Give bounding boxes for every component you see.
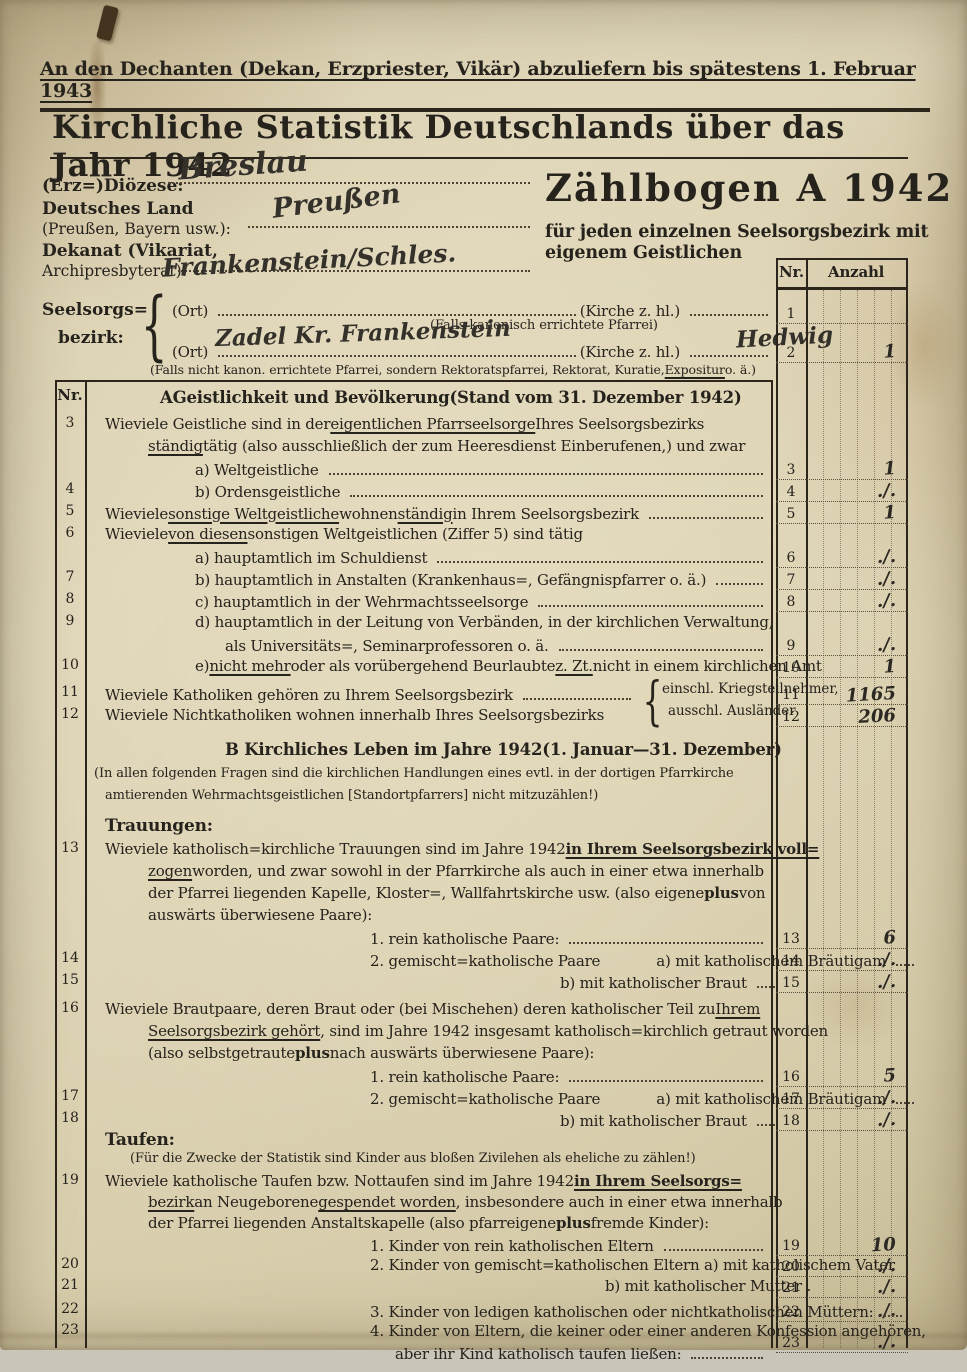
kirche-label: (Kirche z. hl.)	[580, 302, 680, 320]
digit-column-line	[823, 290, 824, 1348]
left-row-number: 23	[55, 1322, 85, 1338]
trauungen-heading: Trauungen:	[105, 816, 213, 836]
q22-line: 3. Kinder von ledigen katholischen oder …	[370, 1301, 767, 1321]
left-nr-column-divider	[85, 380, 87, 1348]
seelsorg-label-1: Seelsorgs=	[42, 300, 148, 320]
kirche-dotted-line	[690, 300, 768, 316]
q12-line: Wieviele Nichtkatholiken wohnen innerhal…	[105, 706, 635, 726]
dot-leader	[757, 1110, 775, 1126]
left-row-number: 9	[55, 613, 85, 629]
left-row-number: 22	[55, 1301, 85, 1317]
ort-label: (Ort)	[172, 302, 208, 320]
row-number: 7	[776, 571, 806, 589]
q19-line2: bezirk an Neugeborene gespendet worden, …	[148, 1193, 767, 1213]
section-b-title: B Kirchliches Leben im Jahre 1942 (1. Ja…	[225, 740, 782, 760]
left-row-number: 10	[55, 657, 85, 673]
q5-line: Wieviele sonstige Weltgeistliche wohnen …	[105, 503, 767, 523]
left-row-number: 5	[55, 503, 85, 519]
row-number: 13	[776, 930, 806, 948]
anzahl-header: Anzahl	[828, 263, 884, 283]
q3-line2: ständig tätig (also ausschließlich der z…	[148, 437, 767, 457]
q11-text: Wieviele Katholiken gehören zu Ihrem See…	[105, 686, 513, 704]
q6-line1: Wieviele von diesen sonstigen Weltgeistl…	[105, 525, 767, 545]
anzahl-table-top-border	[776, 258, 908, 260]
row-number: 8	[776, 593, 806, 611]
rows-11-12-brace: {	[643, 672, 663, 732]
q6a-line: a) hauptamtlich im Schuldienst	[195, 547, 767, 567]
q5-text: Wieviele sonstige Weltgeistliche wohnen …	[105, 505, 639, 523]
q16-line2: Seelsorgsbezirk gehört, sind im Jahre 19…	[148, 1022, 767, 1042]
dot-leader	[538, 591, 763, 607]
anzahl-row: 136	[776, 926, 908, 949]
anzahl-row: 7./.	[776, 567, 908, 590]
q14-line: 2. gemischt=katholische Paarea) mit kath…	[370, 950, 767, 970]
dot-leader	[569, 1066, 763, 1082]
seelsorg-footer-note: (Falls nicht kanon. errichtete Pfarrei, …	[150, 362, 756, 382]
left-row-number: 20	[55, 1256, 85, 1272]
left-row-number: 11	[55, 684, 85, 700]
anzahl-row: 165	[776, 1064, 908, 1087]
brace-note-1: einschl. Kriegsteilnehmer,	[662, 681, 838, 701]
left-row-number: 7	[55, 569, 85, 585]
taufen-heading: Taufen:	[105, 1130, 175, 1150]
dioezese-label: (Erz=)Diözese:	[42, 176, 184, 196]
q19-item1-text: 1. Kinder von rein katholischen Eltern	[370, 1237, 654, 1255]
q16-item1-line: 1. rein katholische Paare:	[370, 1066, 767, 1086]
q9-line1: d) hauptamtlich in der Leitung von Verbä…	[195, 613, 767, 633]
left-row-number: 16	[55, 1000, 85, 1016]
row-value: 206	[806, 707, 909, 728]
delivery-instruction-banner: An den Dechanten (Dekan, Erzpriester, Vi…	[40, 58, 930, 112]
q21-line: b) mit katholischer Mutter .	[605, 1277, 767, 1297]
row-number: 16	[776, 1068, 806, 1086]
zaehlbogen-subtitle-2: eigenem Geistlichen	[545, 243, 742, 263]
anzahl-row: 4./.	[776, 479, 908, 502]
q20-line: 2. Kinder von gemischt=katholischen Elte…	[370, 1256, 767, 1276]
left-row-number: 4	[55, 481, 85, 497]
land-label-1: Deutsches Land	[42, 199, 194, 219]
dot-leader	[649, 503, 763, 519]
q6a-text: a) hauptamtlich im Schuldienst	[195, 549, 427, 567]
zaehlbogen-title: Zählbogen A 1942	[545, 166, 953, 210]
seelsorg-label-2: bezirk:	[58, 328, 124, 348]
dot-leader	[350, 481, 763, 497]
q4-text: b) Ordensgeistliche	[195, 483, 340, 501]
q18-text: b) mit katholischer Braut	[560, 1112, 747, 1130]
q8-text: c) hauptamtlich in der Wehrmachtsseelsor…	[195, 593, 528, 611]
q13-item1-text: 1. rein katholische Paare:	[370, 930, 559, 948]
q15-text: b) mit katholischer Braut	[560, 974, 747, 992]
anzahl-row: 51	[776, 501, 908, 524]
land-dotted-line	[248, 226, 530, 228]
brace-note-2: ausschl. Ausländer	[668, 703, 795, 723]
anzahl-row: 15./.	[776, 970, 908, 993]
anzahl-row: 21	[776, 340, 908, 363]
anzahl-header-rule	[776, 287, 908, 290]
anzahl-row: 1910	[776, 1233, 908, 1256]
row-number: 9	[776, 637, 806, 655]
anzahl-table-right-border	[906, 258, 908, 1348]
anzahl-row: 31	[776, 457, 908, 480]
left-row-number: 17	[55, 1088, 85, 1104]
row-number: 2	[776, 344, 806, 362]
q3-line1: Wieviele Geistliche sind in der eigentli…	[105, 415, 767, 435]
q3a-line: a) Weltgeistliche	[195, 459, 767, 479]
q23-line1: 4. Kinder von Eltern, die keiner oder ei…	[370, 1322, 767, 1342]
dot-leader	[437, 547, 763, 563]
q16-line1: Wieviele Brautpaare, deren Braut oder (b…	[105, 1000, 767, 1020]
q13-line4: auswärts überwiesene Paare):	[148, 906, 767, 926]
q22-text: 3. Kinder von ledigen katholischen oder …	[370, 1303, 874, 1321]
kirche-label: (Kirche z. hl.)	[580, 343, 680, 361]
seelsorg-brace: {	[141, 280, 168, 369]
left-row-number: 19	[55, 1172, 85, 1188]
q16-line3: (also selbstgetraute plus nach auswärts …	[148, 1044, 767, 1064]
q11-line: Wieviele Katholiken gehören zu Ihrem See…	[105, 684, 635, 704]
q8-line: c) hauptamtlich in der Wehrmachtsseelsor…	[195, 591, 767, 611]
anzahl-row: 9./.	[776, 633, 908, 656]
row-number: 4	[776, 483, 806, 501]
q19-item1-line: 1. Kinder von rein katholischen Eltern	[370, 1235, 767, 1255]
q9-line2: als Universitäts=, Seminarprofessoren o.…	[225, 635, 767, 655]
row-number: 6	[776, 549, 806, 567]
q16-item1-text: 1. rein katholische Paare:	[370, 1068, 559, 1086]
dot-leader	[884, 1301, 902, 1317]
anzahl-nr-header: Nr.	[779, 263, 804, 283]
q15-line: b) mit katholischer Braut	[560, 972, 767, 992]
q17-line: 2. gemischt=katholische Paarea) mit kath…	[370, 1088, 767, 1108]
left-row-number: 21	[55, 1277, 85, 1293]
land-label-2: (Preußen, Bayern usw.):	[42, 220, 231, 238]
main-box-top-border	[55, 380, 772, 382]
ort-dotted-line	[218, 300, 576, 316]
q13-line2: zogen worden, und zwar sowohl in der Pfa…	[148, 862, 767, 882]
anzahl-table-left-border	[776, 258, 778, 1348]
section-b-note-1: (In allen folgenden Fragen sind die kirc…	[94, 766, 734, 786]
anzahl-row: 8./.	[776, 589, 908, 612]
digit-column-line	[874, 290, 875, 1348]
dot-leader	[716, 569, 763, 585]
left-row-number: 18	[55, 1110, 85, 1126]
row-value: ./.	[806, 1111, 909, 1132]
taufen-note: (Für die Zwecke der Statistik sind Kinde…	[130, 1151, 696, 1171]
zaehlbogen-subtitle-1: für jeden einzelnen Seelsorgsbezirk mit	[545, 222, 928, 242]
q13-line3: der Pfarrei liegenden Kapelle, Kloster=,…	[148, 884, 767, 904]
row-value: 1	[806, 504, 909, 525]
q23-line2: aber ihr Kind katholisch taufen ließen:	[395, 1343, 767, 1363]
left-nr-header: Nr.	[55, 386, 85, 404]
row-number: 5	[776, 505, 806, 523]
digit-column-line	[840, 290, 841, 1348]
q3a-text: a) Weltgeistliche	[195, 461, 319, 479]
ort-label: (Ort)	[172, 343, 208, 361]
q10-line: e) nicht mehr oder als vorübergehend Beu…	[195, 657, 767, 677]
q9-text: als Universitäts=, Seminarprofessoren o.…	[225, 637, 549, 655]
scanned-form-page: { "banner": "An den Dechanten (Dekan, Er…	[0, 0, 967, 1372]
left-row-number: 13	[55, 840, 85, 856]
left-row-number: 15	[55, 972, 85, 988]
q17-text: 2. gemischt=katholische Paarea) mit kath…	[370, 1090, 886, 1108]
dot-leader	[896, 1088, 914, 1104]
dot-leader	[664, 1235, 763, 1251]
left-row-number: 12	[55, 706, 85, 722]
anzahl-row: 12206	[776, 704, 908, 727]
dot-leader	[559, 635, 763, 651]
row-number: 1	[776, 305, 806, 323]
q13-item1-line: 1. rein katholische Paare:	[370, 928, 767, 948]
q13-line1: Wieviele katholisch=kirchliche Trauungen…	[105, 840, 767, 860]
dot-leader	[896, 950, 914, 966]
dot-leader	[523, 684, 631, 700]
anzahl-row: 18./.	[776, 1108, 908, 1131]
q7-line: b) hauptamtlich in Anstalten (Krankenhau…	[195, 569, 767, 589]
row-number: 18	[776, 1112, 806, 1130]
q7-text: b) hauptamtlich in Anstalten (Krankenhau…	[195, 571, 706, 589]
section-b-note-2: amtierenden Wehrmachtsgeistlichen [Stand…	[105, 788, 598, 808]
q19-line3: der Pfarrei liegenden Anstaltskapelle (a…	[148, 1214, 767, 1234]
q19-line1: Wieviele katholische Taufen bzw. Nottauf…	[105, 1172, 767, 1192]
row-number: 3	[776, 461, 806, 479]
row-value: ./.	[806, 973, 909, 994]
dot-leader	[757, 972, 775, 988]
q4-line: b) Ordensgeistliche	[195, 481, 767, 501]
left-row-number: 3	[55, 415, 85, 431]
dot-leader	[691, 1343, 763, 1359]
digit-column-line	[891, 290, 892, 1348]
left-row-number: 14	[55, 950, 85, 966]
anzahl-row: 1	[776, 301, 908, 324]
anzahl-table-divider	[806, 258, 808, 1348]
row-number: 15	[776, 974, 806, 992]
left-row-number: 6	[55, 525, 85, 541]
row-value: ./.	[806, 1278, 909, 1299]
q18-line: b) mit katholischer Braut	[560, 1110, 767, 1130]
row-value: 1	[806, 343, 909, 364]
dot-leader	[569, 928, 763, 944]
q14-text: 2. gemischt=katholische Paarea) mit kath…	[370, 952, 886, 970]
q23-text: aber ihr Kind katholisch taufen ließen:	[395, 1345, 681, 1363]
dot-leader	[329, 459, 763, 475]
section-a-title: A Geistlichkeit und Bevölkerung (Stand v…	[160, 388, 742, 408]
row-number: 19	[776, 1237, 806, 1255]
anzahl-row: 6./.	[776, 545, 908, 568]
left-row-number: 8	[55, 591, 85, 607]
row-value: ./.	[806, 592, 909, 613]
digit-column-line	[857, 290, 858, 1348]
